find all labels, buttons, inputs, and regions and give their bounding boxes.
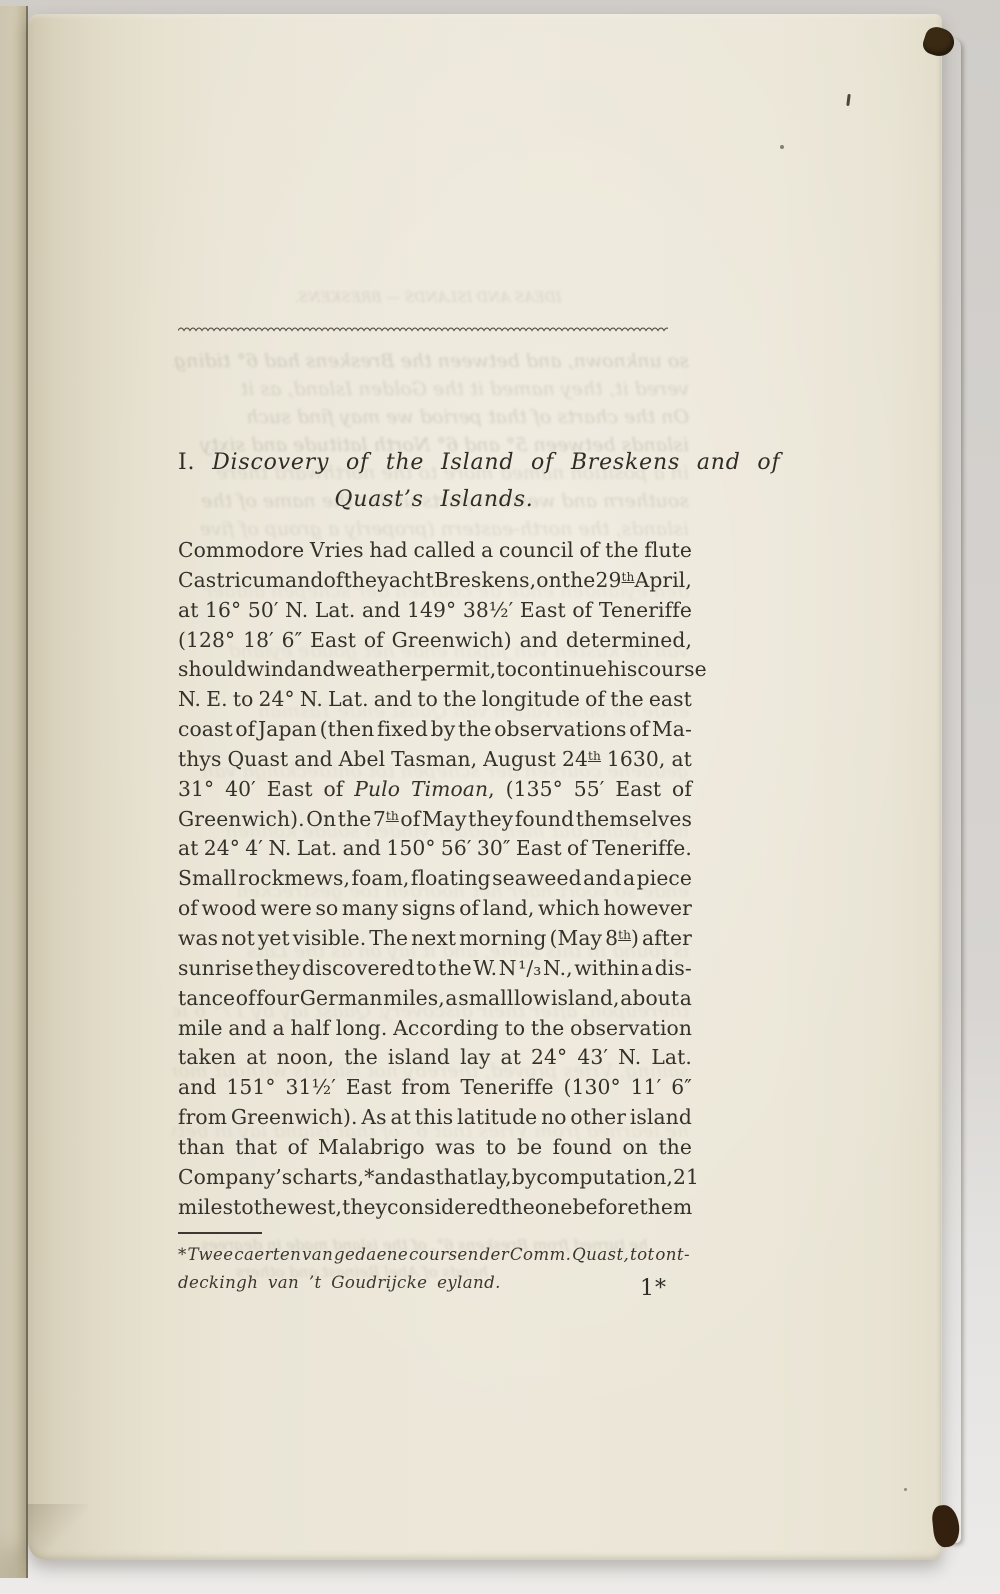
word: the (501, 1193, 535, 1223)
word: April, (635, 566, 692, 596)
word: 6″ (282, 626, 303, 656)
text-line: Greenwich).Onthe7thofMaytheyfoundthemsel… (178, 805, 692, 835)
word: Japan (258, 715, 317, 745)
heading-line: I. Discovery of the Island of Breskens a… (178, 444, 690, 481)
word: * (364, 1163, 374, 1193)
word: Timoan, (411, 775, 495, 805)
word: 149° (407, 596, 456, 626)
word: and (228, 1014, 266, 1044)
word: miles (178, 1193, 233, 1223)
word: N. (285, 596, 308, 626)
word: lay (460, 1043, 490, 1073)
word: mile (178, 1014, 223, 1044)
word: 24° (204, 834, 240, 864)
word: August (483, 745, 556, 775)
text-line: at24°4′N.Lat.and150°56′30″EastofTeneriff… (178, 834, 692, 864)
word: the (386, 450, 424, 475)
word: island (630, 1103, 692, 1133)
word: the (344, 566, 378, 596)
signature-mark: 1* (640, 1276, 667, 1301)
word: 43′ (577, 1043, 608, 1073)
word: Teneriffe (599, 596, 692, 626)
word: 29th (596, 566, 635, 596)
word: 55′ (574, 775, 605, 805)
word: N. (618, 1043, 641, 1073)
text-line: (128°18′6″EastofGreenwich)anddetermined, (178, 626, 692, 656)
bleed-through-line: so unknown, and between the Breskens had… (173, 350, 689, 372)
word: Lat. (328, 685, 369, 715)
word: observation (570, 1014, 692, 1044)
word: and (297, 655, 335, 685)
word: lay, (477, 1163, 511, 1193)
text-line: takenatnoon,theislandlayat24°43′N.Lat. (178, 1043, 692, 1073)
word: about (620, 984, 679, 1014)
word: that (235, 1133, 277, 1163)
word: that (436, 1163, 478, 1193)
word: as (413, 1163, 436, 1193)
photo-background: { "colors":{ "paper":"#ebe6d7", "ink":"#… (0, 0, 1000, 1594)
word: this (415, 1103, 454, 1133)
word: they (468, 805, 513, 835)
word: were (260, 894, 311, 924)
word: at (178, 596, 198, 626)
paper-speck (780, 145, 784, 149)
word: found (553, 1133, 612, 1163)
word: (May (549, 924, 602, 954)
word: of (324, 566, 344, 596)
word: computation, (536, 1163, 673, 1193)
word: of (567, 834, 587, 864)
text-line: ofwoodweresomanysignsofland,whichhowever (178, 894, 692, 924)
word: within (574, 954, 639, 984)
word: ont- (655, 1241, 690, 1269)
word: Malabrigo (318, 1133, 425, 1163)
word: Goudrijcke (331, 1273, 427, 1292)
text-line: and151°31½′EastfromTeneriffe(130°11′6″ (178, 1073, 692, 1103)
word: thys (178, 745, 221, 775)
word: (128° (178, 626, 235, 656)
bleed-through-line: IDEAS AND ISLANDS — BRESKENS. (248, 290, 608, 306)
word: continue (517, 655, 607, 685)
word: many (342, 894, 398, 924)
word: to (505, 1014, 526, 1044)
word: visible. (293, 924, 367, 954)
word: Small (178, 864, 237, 894)
word: Vries (310, 536, 364, 566)
word: der (480, 1241, 510, 1269)
word: however (603, 894, 692, 924)
word: at (390, 1103, 410, 1133)
word: and (374, 1163, 412, 1193)
book-page: IDEAS AND ISLANDS — BRESKENS.so unknown,… (28, 14, 942, 1560)
word: signs (402, 894, 456, 924)
heading-line: Quast’s Islands. (178, 481, 690, 518)
word: East (615, 775, 661, 805)
word: by (431, 715, 456, 745)
word: of (585, 685, 605, 715)
text-line: wasnotyetvisible.Thenextmorning(May8th)a… (178, 924, 692, 954)
word: island, (551, 984, 620, 1014)
word: N., (543, 954, 573, 984)
word: Breskens, (434, 566, 536, 596)
word: 24° (531, 1043, 567, 1073)
word: of (235, 715, 255, 745)
word: the (605, 536, 639, 566)
word: be (517, 1133, 542, 1163)
text-line: fromGreenwich).Asatthislatitudenootheris… (178, 1103, 692, 1133)
word: the (254, 1193, 288, 1223)
word: of (400, 805, 420, 835)
word: land, (483, 894, 535, 924)
word: 1630, (607, 745, 666, 775)
word: on (536, 566, 561, 596)
word: of (288, 1133, 308, 1163)
word: and (374, 685, 412, 715)
word: rockmews, (238, 864, 350, 894)
word: of (364, 626, 384, 656)
word: gedaene (334, 1241, 408, 1269)
text-line: CommodoreVrieshadcalledacounciloftheflut… (178, 536, 692, 566)
word: to (233, 1193, 254, 1223)
word: sunrise (178, 954, 254, 984)
word: themselves (576, 805, 692, 835)
word: of (579, 536, 599, 566)
word: Islands. (441, 487, 534, 512)
word: * (178, 1241, 187, 1269)
word: foam, (351, 864, 409, 894)
word: Abel (339, 745, 386, 775)
word: N (499, 954, 517, 984)
word: which (538, 894, 600, 924)
footnote-line: *TweecaertenvangedaenecoursenderComm.Qua… (178, 1241, 690, 1269)
word: weather (336, 655, 421, 685)
page-corner-shadow (28, 1504, 88, 1560)
word: N. (178, 685, 201, 715)
word: of (236, 984, 256, 1014)
word: the (458, 715, 492, 745)
bleed-through-line: On the charts of that period we may find… (173, 406, 689, 428)
word: 6″ (671, 1073, 692, 1103)
word: 56′ (441, 834, 472, 864)
word: permit, (421, 655, 497, 685)
word: 50′ (248, 596, 279, 626)
word: the (658, 1133, 692, 1163)
footnote-rule (178, 1232, 262, 1234)
word: the (531, 1014, 565, 1044)
word: a (481, 536, 493, 566)
word: 24° (259, 685, 295, 715)
body-text: CommodoreVrieshadcalledacounciloftheflut… (178, 536, 692, 1222)
word: the (443, 685, 477, 715)
word: so (315, 894, 338, 924)
word: latitude (457, 1103, 537, 1133)
word: of (346, 450, 369, 475)
paper-speck (904, 1488, 907, 1491)
word: 11′ (631, 1073, 662, 1103)
word: from (402, 1073, 451, 1103)
word: of (672, 775, 692, 805)
word: of (629, 715, 649, 745)
footnote: *TweecaertenvangedaenecoursenderComm.Qua… (178, 1241, 690, 1297)
word: next (411, 924, 456, 954)
word: piece (637, 864, 692, 894)
word: at (178, 834, 198, 864)
text-line: tanceoffourGermanmiles,asmalllowisland,a… (178, 984, 692, 1014)
word: Pulo (354, 775, 400, 805)
word: of (459, 894, 479, 924)
text-line: CastricumandoftheyachtBreskens,onthe29th… (178, 566, 692, 596)
bleed-through-line: vered it, they named it the Golden Islan… (173, 378, 689, 400)
word: found (515, 805, 574, 835)
text-line: coastofJapan(thenfixedbytheobservationso… (178, 715, 692, 745)
word: to (416, 954, 437, 984)
word: Quast (227, 745, 288, 775)
word: 4′ (245, 834, 263, 864)
word: East (520, 596, 566, 626)
word: at (501, 1043, 521, 1073)
word: a (445, 984, 457, 1014)
word: yet (258, 924, 290, 954)
word: 21 (673, 1163, 699, 1193)
word: noon, (277, 1043, 335, 1073)
word: East (310, 626, 356, 656)
word: flute (644, 536, 692, 566)
word: should (178, 655, 247, 685)
word: wind (247, 655, 297, 685)
word: van (302, 1241, 333, 1269)
text-line: mileandahalflong.Accordingtotheobservati… (178, 1014, 692, 1044)
word: Ma- (652, 715, 692, 745)
word: ¹/₃ (518, 954, 541, 984)
word: (130° (563, 1073, 620, 1103)
word: (135° (506, 775, 563, 805)
word: N. (300, 685, 323, 715)
word: they (255, 954, 300, 984)
word: and (520, 626, 558, 656)
word: course (637, 655, 706, 685)
word: dis- (655, 954, 692, 984)
word: four (256, 984, 299, 1014)
word: Company’s (178, 1163, 292, 1193)
word: half (290, 1014, 330, 1044)
word: Quast, (572, 1241, 629, 1269)
word: they (342, 1193, 387, 1223)
word: on (623, 1133, 648, 1163)
facing-page-edge (0, 6, 28, 1578)
word: Twee (188, 1241, 234, 1269)
word: deckingh (178, 1273, 258, 1292)
word: to (496, 655, 517, 685)
text-line: thysQuastandAbelTasman,August24th1630,at (178, 745, 692, 775)
word: from (178, 1103, 227, 1133)
word: not (221, 924, 255, 954)
word: the (338, 805, 372, 835)
word: to (486, 1133, 507, 1163)
word: seaweed (492, 864, 582, 894)
word: Castricum (178, 566, 285, 596)
word: yacht (377, 566, 434, 596)
word: tance (178, 984, 235, 1014)
word: German (300, 984, 383, 1014)
word: 38½′ (463, 596, 513, 626)
word: Tasman, (391, 745, 477, 775)
word: discovered (302, 954, 415, 984)
word: tot (630, 1241, 655, 1269)
word: Greenwich) (392, 626, 512, 656)
word: had (369, 536, 407, 566)
word: of (757, 450, 780, 475)
text-line: Company’scharts,*andasthatlay,bycomputat… (178, 1163, 692, 1193)
word: called (413, 536, 475, 566)
word: to (233, 685, 254, 715)
word: and (362, 596, 400, 626)
word: of (323, 775, 343, 805)
word: low (514, 984, 550, 1014)
word: other (570, 1103, 626, 1133)
word: observations (494, 715, 626, 745)
word: 40′ (225, 775, 256, 805)
word: no (541, 1103, 566, 1133)
word: morning (459, 924, 546, 954)
word: East (346, 1073, 392, 1103)
word: the (438, 954, 472, 984)
word: According (393, 1014, 499, 1044)
word: the (562, 566, 596, 596)
word: and (343, 834, 381, 864)
word: coursen (409, 1241, 479, 1269)
word: Quast’s (334, 487, 423, 512)
word: and (697, 450, 741, 475)
word: of (572, 596, 592, 626)
word: ’t (309, 1273, 322, 1292)
word: van (268, 1273, 299, 1292)
text-line: sunrisetheydiscoveredtotheW.N¹/₃N.,withi… (178, 954, 692, 984)
word: floating (411, 864, 491, 894)
word: Island (441, 450, 514, 475)
word: council (499, 536, 574, 566)
word: west, (287, 1193, 342, 1223)
word: caerten (234, 1241, 301, 1269)
word: Discovery (212, 450, 329, 475)
word: N. (268, 834, 291, 864)
word: Lat. (297, 834, 338, 864)
text-line: N.E.to24°N.Lat.andtothelongitudeoftheeas… (178, 685, 692, 715)
word: and (583, 864, 621, 894)
text-line: 31°40′EastofPuloTimoan,(135°55′Eastof (178, 775, 692, 805)
word: Greenwich). (178, 805, 305, 835)
word: As (361, 1103, 386, 1133)
word: taken (178, 1043, 236, 1073)
text-line: milestothewest,theyconsideredtheonebefor… (178, 1193, 692, 1223)
word: East (267, 775, 313, 805)
word: eyland. (437, 1273, 501, 1292)
word: them (639, 1193, 692, 1223)
word: a (680, 984, 692, 1014)
word: than (178, 1133, 225, 1163)
word: and (178, 1073, 216, 1103)
book-photo-scene: IDEAS AND ISLANDS — BRESKENS.so unknown,… (0, 0, 1000, 1594)
section-heading: I. Discovery of the Island of Breskens a… (178, 444, 690, 518)
word: 30″ (477, 834, 511, 864)
word: at (246, 1043, 266, 1073)
word: charts, (292, 1163, 364, 1193)
footnote-line: deckingh van ’t Goudrijcke eyland. (178, 1269, 690, 1297)
word: Teneriffe (460, 1073, 553, 1103)
wavy-section-rule (178, 326, 668, 334)
word: 16° (205, 596, 241, 626)
word: E. (206, 685, 227, 715)
word: W. (473, 954, 497, 984)
word: 18′ (243, 626, 274, 656)
word: his (607, 655, 637, 685)
word: by (512, 1163, 537, 1193)
text-line: Smallrockmews,foam,floatingseaweedandapi… (178, 864, 692, 894)
word: east (649, 685, 692, 715)
word: 24th (562, 745, 601, 775)
word: Lat. (315, 596, 356, 626)
word: was (435, 1133, 475, 1163)
word: May (422, 805, 467, 835)
word: 31½′ (285, 1073, 335, 1103)
word: small (458, 984, 513, 1014)
word: wood (202, 894, 257, 924)
word: a (623, 864, 635, 894)
word: and (294, 745, 332, 775)
word: at (671, 745, 691, 775)
word: after (642, 924, 692, 954)
word: I. (178, 450, 195, 475)
word: longitude (482, 685, 580, 715)
word: of (531, 450, 554, 475)
word: the (610, 685, 644, 715)
word: coast (178, 715, 233, 745)
word: 151° (226, 1073, 275, 1103)
word: East (516, 834, 562, 864)
word: considered (387, 1193, 501, 1223)
word: Teneriffe. (592, 834, 692, 864)
word: 7th (373, 805, 399, 835)
word: Comm. (510, 1241, 571, 1269)
text-line: at16°50′N.Lat.and149°38½′EastofTeneriffe (178, 596, 692, 626)
word: miles, (383, 984, 445, 1014)
word: Breskens (571, 450, 680, 475)
word: 150° (386, 834, 435, 864)
word: 8th) (605, 924, 639, 954)
text-line: thanthatofMalabrigowastobefoundonthe (178, 1133, 692, 1163)
text-line: shouldwindandweatherpermit,tocontinuehis… (178, 655, 692, 685)
word: long. (336, 1014, 388, 1044)
word: a (641, 954, 653, 984)
paper-speck (846, 94, 850, 106)
book-cover-edge (941, 38, 961, 1543)
word: a (273, 1014, 285, 1044)
word: Commodore (178, 536, 304, 566)
word: island (388, 1043, 450, 1073)
word: On (306, 805, 336, 835)
word: of (178, 894, 198, 924)
word: before (572, 1193, 639, 1223)
word: (then (320, 715, 375, 745)
word: Greenwich). (231, 1103, 358, 1133)
word: one (535, 1193, 573, 1223)
word: the (344, 1043, 378, 1073)
word: The (369, 924, 408, 954)
word: and (285, 566, 323, 596)
word: 31° (178, 775, 214, 805)
word: was (178, 924, 218, 954)
word: Lat. (651, 1043, 692, 1073)
word: to (417, 685, 438, 715)
